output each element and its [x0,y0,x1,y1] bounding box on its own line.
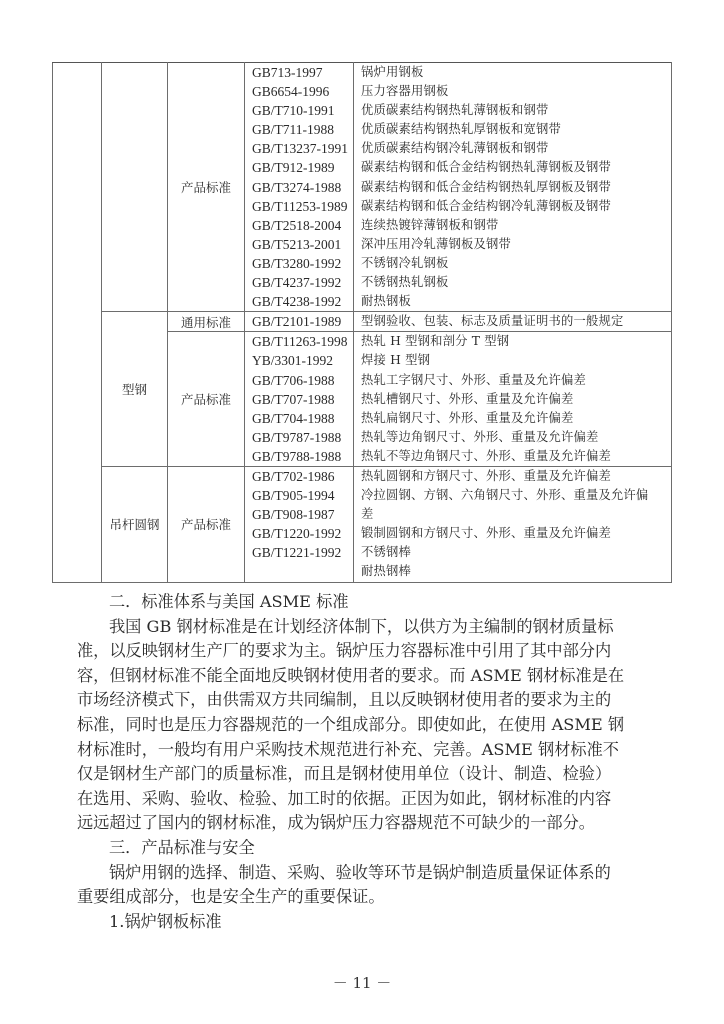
paragraph-line: 市场经济模式下，由供需双方共同编制，且以反映钢材使用者的要求为主的 [77,688,671,713]
type-cell-plate: 产品标准 [168,63,245,312]
paragraph-line: 容，但钢材标准不能全面地反映钢材使用者的要求。而 ASME 钢材标准是在 [77,664,671,689]
paragraph-line: 我国 GB 钢材标准是在计划经济体制下，以供方为主编制的钢材质量标 [77,615,671,640]
paragraph-line: 远远超过了国内的钢材标准，成为锅炉压力容器规范不可缺少的一部分。 [77,811,671,836]
name-list-section: 热轧 H 型钢和剖分 T 型钢 焊接 H 型钢 热轧工字钢尺寸、外形、重量及允许… [354,332,672,467]
paragraph-line: 仅是钢材生产部门的质量标准，而且是钢材使用单位（设计、制造、检验） [77,762,671,787]
type-cell-section-product: 产品标准 [168,332,245,467]
paragraph-line: 在选用、采购、验收、检验、加工时的依据。正因为如此，钢材标准的内容 [77,787,671,812]
heading-section-3: 三．产品标准与安全 [77,836,671,861]
name-list-plate: 锅炉用钢板 压力容器用钢板 优质碳素结构钢热轧薄钢板和钢带 优质碳素结构钢热轧厚… [354,63,672,312]
paragraph-line: 锅炉用钢的选择、制造、采购、验收等环节是锅炉制造质量保证体系的 [77,861,671,886]
code-general: GB/T2101-1989 [245,312,354,332]
paragraph-line: 材标准时，一般均有用户采购技术规范进行补充、完善。ASME 钢材标准不 [77,738,671,763]
code-list-plate: GB713-1997 GB6654-1996 GB/T710-1991 GB/T… [245,63,354,312]
material-class-cell [53,63,102,583]
page-number: － 11 － [0,972,724,993]
code-list-section: GB/T11263-1998 YB/3301-1992 GB/T706-1988… [245,332,354,467]
table-row-hanger-rod: 吊杆圆钢 产品标准 GB/T702-1986 GB/T905-1994 GB/T… [53,466,672,582]
type-cell-hanger-rod: 产品标准 [168,466,245,582]
table-row-section-general: 型钢 通用标准 GB/T2101-1989 型钢验收、包装、标志及质量证明书的一… [53,312,672,332]
body-text: 二．标准体系与美国 ASME 标准 我国 GB 钢材标准是在计划经济体制下，以供… [77,590,671,934]
paragraph-line: 标准，同时也是压力容器规范的一个组成部分。即使如此，在使用 ASME 钢 [77,713,671,738]
table-row-plate: 产品标准 GB713-1997 GB6654-1996 GB/T710-1991… [53,63,672,312]
subheading-1: 1.锅炉钢板标准 [77,910,671,935]
category-cell-section-steel: 型钢 [102,312,168,467]
category-cell-hanger-rod: 吊杆圆钢 [102,466,168,582]
code-list-hanger-rod: GB/T702-1986 GB/T905-1994 GB/T908-1987 G… [245,466,354,582]
paragraph-line: 重要组成部分，也是安全生产的重要保证。 [77,885,671,910]
name-list-hanger-rod: 热轧圆钢和方钢尺寸、外形、重量及允许偏差 冷拉圆钢、方钢、六角钢尺寸、外形、重量… [354,466,672,582]
category-cell-plate [102,63,168,312]
paragraph-line: 准，以反映钢材生产厂的要求为主。锅炉压力容器标准中引用了其中部分内 [77,639,671,664]
steel-standards-table: 产品标准 GB713-1997 GB6654-1996 GB/T710-1991… [52,62,672,583]
name-general: 型钢验收、包装、标志及质量证明书的一般规定 [354,312,672,332]
heading-section-2: 二．标准体系与美国 ASME 标准 [77,590,671,615]
type-cell-general: 通用标准 [168,312,245,332]
